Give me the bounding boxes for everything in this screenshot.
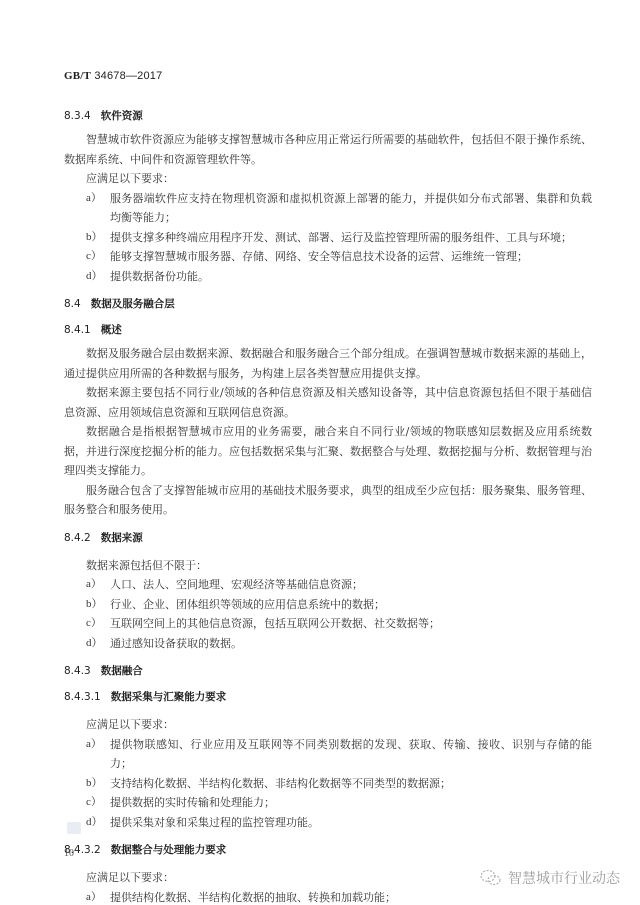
list-item: b）行业、企业、团体组织等领域的应用信息系统中的数据； xyxy=(64,595,592,615)
requirement-intro: 应满足以下要求： xyxy=(64,169,592,189)
section-heading-8-4: 8.4数据及服务融合层 xyxy=(64,296,592,312)
list-item: d）提供数据备份功能。 xyxy=(64,267,592,287)
list-item: c）提供数据的实时传输和处理能力； xyxy=(64,793,592,813)
standard-number: 34678—2017 xyxy=(94,70,162,82)
standard-code: GB/T xyxy=(64,70,91,82)
paragraph: 数据及服务融合层由数据来源、数据融合和服务融合三个部分组成。在强调智慧城市数据来… xyxy=(64,344,592,383)
list-item: b）提供支撑多种终端应用程序开发、测试、部署、运行及监控管理所需的服务组件、工具… xyxy=(64,228,592,248)
page-number: 10 xyxy=(64,848,74,859)
section-heading-8-4-1: 8.4.1概述 xyxy=(64,322,592,338)
list-item: c）能够支撑智慧城市服务器、存储、网络、安全等信息技术设备的运营、运维统一管理； xyxy=(64,247,592,267)
requirement-intro: 应满足以下要求： xyxy=(64,715,592,735)
document-body: 8.3.4软件资源 智慧城市软件资源应为能够支撑智慧城市各种应用正常运行所需要的… xyxy=(64,108,592,905)
list-item: b）支持结构化数据、半结构化数据、非结构化数据等不同类型的数据源； xyxy=(64,774,592,794)
paragraph: 智慧城市软件资源应为能够支撑智慧城市各种应用正常运行所需要的基础软件，包括但不限… xyxy=(64,130,592,169)
paragraph: 数据来源主要包括不同行业/领域的各种信息资源及相关感知设备等，其中信息资源包括但… xyxy=(64,383,592,422)
section-heading-8-3-4: 8.3.4软件资源 xyxy=(64,108,592,124)
list-item: d）提供采集对象和采集过程的监控管理功能。 xyxy=(64,813,592,833)
section-heading-8-4-3-1: 8.4.3.1数据采集与汇聚能力要求 xyxy=(64,689,592,705)
list-item: c）互联网空间上的其他信息资源，包括互联网公开数据、社交数据等； xyxy=(64,614,592,634)
paragraph: 服务融合包含了支撑智能城市应用的基础技术服务要求，典型的组成至少应包括：服务聚集… xyxy=(64,481,592,520)
list-item: a）提供物联感知、行业应用及互联网等不同类别数据的发现、获取、传输、接收、识别与… xyxy=(64,735,592,774)
list-item: a）提供结构化数据、半结构化数据的抽取、转换和加载功能； xyxy=(64,888,592,905)
selection-marker xyxy=(67,822,81,834)
standard-header: GB/T 34678—2017 xyxy=(64,70,162,82)
section-heading-8-4-3: 8.4.3数据融合 xyxy=(64,663,592,679)
section-heading-8-4-3-2: 8.4.3.2数据整合与处理能力要求 xyxy=(64,842,592,858)
section-heading-8-4-2: 8.4.2数据来源 xyxy=(64,530,592,546)
wechat-icon xyxy=(480,869,502,887)
watermark-text: 智慧城市行业动态 xyxy=(508,868,620,888)
list-item: a）人口、法人、空间地理、宏观经济等基础信息资源； xyxy=(64,575,592,595)
paragraph: 数据融合是指根据智慧城市应用的业务需要，融合来自不同行业/领域的物联感知层数据及… xyxy=(64,422,592,481)
list-item: a）服务器端软件应支持在物理机资源和虚拟机资源上部署的能力，并提供如分布式部署、… xyxy=(64,189,592,228)
watermark: 智慧城市行业动态 xyxy=(480,868,620,888)
list-intro: 数据来源包括但不限于： xyxy=(64,556,592,576)
list-item: d）通过感知设备获取的数据。 xyxy=(64,634,592,654)
